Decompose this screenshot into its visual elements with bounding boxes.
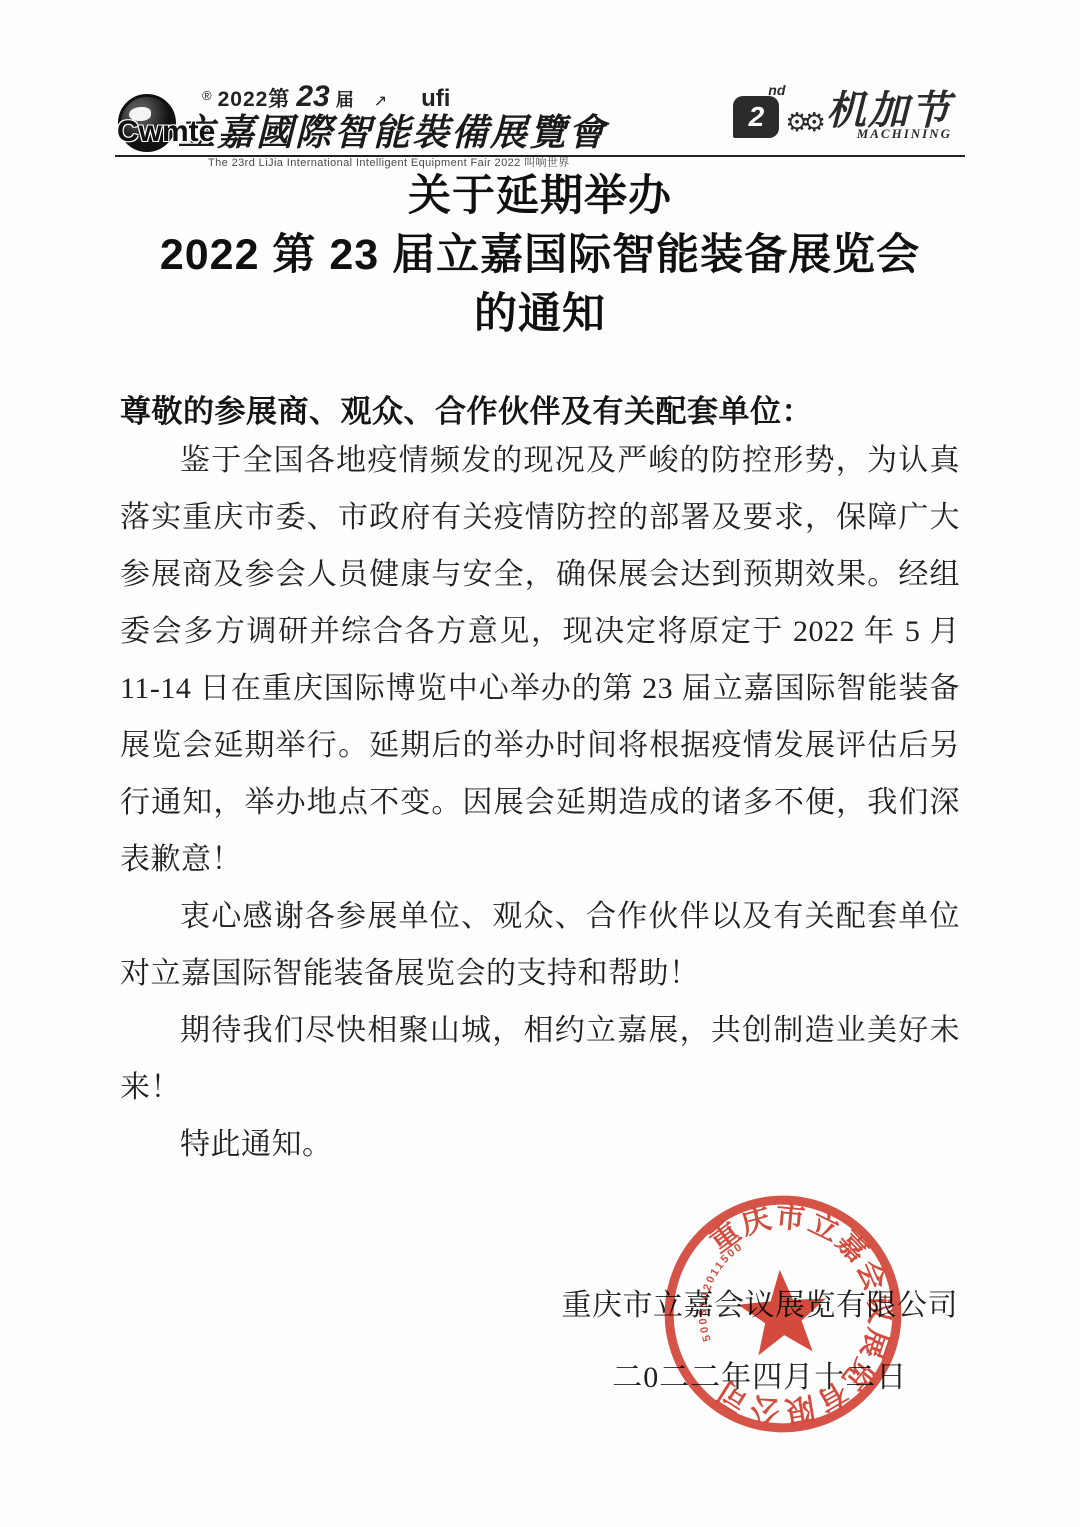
ufi-logo: ufi <box>421 85 450 113</box>
paragraph-thanks: 衷心感谢各参展单位、观众、合作伙伴以及有关配套单位对立嘉国际智能装备展览会的支持… <box>120 888 960 1002</box>
salutation: 尊敬的参展商、观众、合作伙伴及有关配套单位： <box>120 386 960 431</box>
svg-text:5003102011500: 5003102011500 <box>696 1239 746 1344</box>
registered-trademark-icon: ® <box>202 88 212 103</box>
paragraph-postpone-decision: 鉴于全国各地疫情频发的现况及严峻的防控形势，为认真落实重庆市委、市政府有关疫情防… <box>120 432 960 888</box>
ordinal-suffix: nd <box>768 82 785 98</box>
edition-year: 2022第 <box>218 83 291 113</box>
ufi-arrow-icon: ↗ <box>374 91 387 111</box>
document-title: 关于延期举办 2022 第 23 届立嘉国际智能装备展览会 的通知 <box>0 167 1080 344</box>
header-divider <box>115 155 965 157</box>
seal-star-icon <box>736 1267 830 1357</box>
ordinal-number: 2 <box>749 101 765 133</box>
title-line-1: 关于延期举办 <box>0 167 1080 226</box>
ordinal-badge: 2 nd <box>733 96 779 138</box>
edition-number: 23 <box>296 80 329 114</box>
official-seal-stamp: 重庆市立嘉会议展览有限公司 5003102011500 <box>648 1179 919 1450</box>
notice-document: Cwmte ® 2022第 23 届 ↗ ufi 立嘉國際智能裝備展覽會 The… <box>0 0 1080 1527</box>
title-line-3: 的通知 <box>0 285 1080 344</box>
cwmte-brand-text: Cwmte <box>117 115 215 149</box>
paragraph-outlook: 期待我们尽快相聚山城，相约立嘉展，共创制造业美好未来！ <box>120 1002 960 1116</box>
paragraph-closing: 特此通知。 <box>120 1116 960 1173</box>
seal-serial-number: 5003102011500 <box>696 1239 746 1344</box>
globe-icon: Cwmte <box>118 94 176 152</box>
festival-name: 机加节 <box>826 92 952 130</box>
edition-suffix: 届 <box>336 86 354 112</box>
fair-name-calligraphy: 立嘉國際智能裝備展覽會 <box>178 114 607 154</box>
machining-festival-logo: 2 nd ⚙⚙ 机加节 MACHINING <box>733 92 952 142</box>
notice-body: 鉴于全国各地疫情频发的现况及严峻的防控形势，为认真落实重庆市委、市政府有关疫情防… <box>120 432 960 1173</box>
title-line-2: 2022 第 23 届立嘉国际智能装备展览会 <box>0 226 1080 285</box>
gears-icon: ⚙⚙ <box>785 107 820 138</box>
